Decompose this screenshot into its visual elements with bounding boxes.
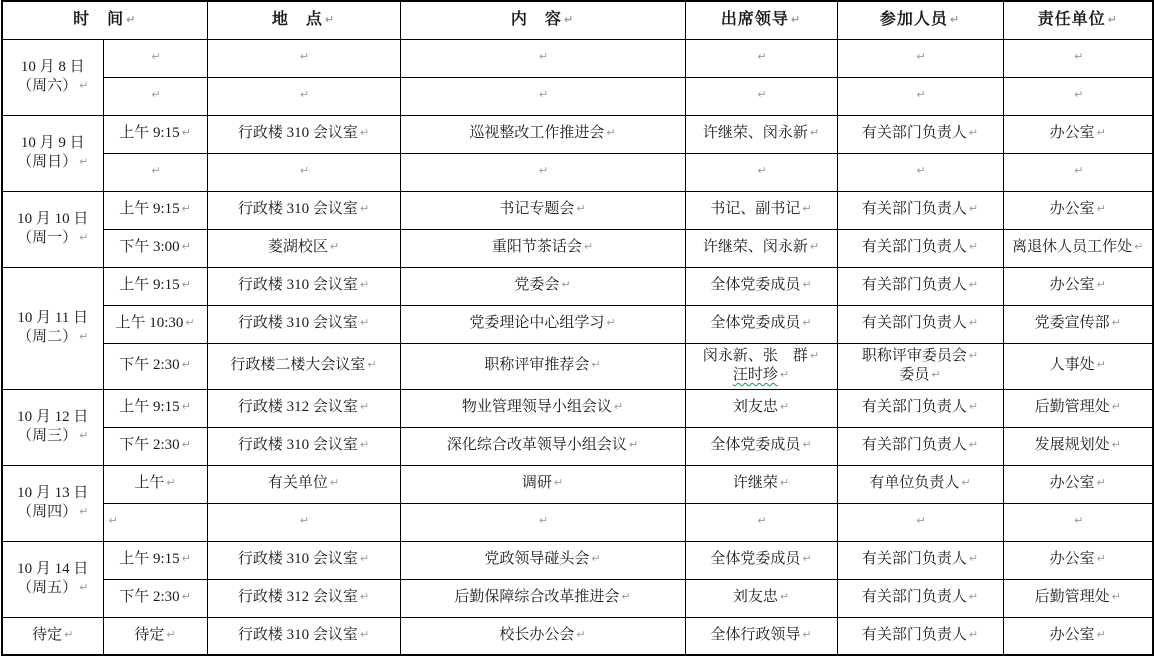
cell-text: 办公室 bbox=[1050, 627, 1095, 643]
cell-content[interactable]: 调研↵ bbox=[400, 465, 685, 503]
cell-unit[interactable]: 办公室↵ bbox=[1003, 541, 1153, 579]
cell-text: 待定 bbox=[134, 627, 164, 643]
cell-leaders[interactable]: ↵ bbox=[685, 503, 837, 541]
paragraph-mark: ↵ bbox=[182, 278, 191, 291]
cell-unit[interactable]: 办公室↵ bbox=[1003, 617, 1153, 655]
paragraph-mark: ↵ bbox=[182, 240, 191, 253]
paragraph-mark: ↵ bbox=[325, 13, 335, 26]
cell-unit[interactable]: 发展规划处↵ bbox=[1003, 427, 1153, 465]
paragraph-mark: ↵ bbox=[1097, 552, 1106, 565]
cell-place[interactable]: 行政楼 310 会议室↵ bbox=[207, 427, 400, 465]
cell-place[interactable]: ↵ bbox=[207, 39, 400, 77]
paragraph-mark: ↵ bbox=[126, 13, 136, 26]
paragraph-mark: ↵ bbox=[969, 316, 978, 329]
paragraph-mark: ↵ bbox=[757, 164, 766, 177]
cell-time[interactable]: 上午 10:30↵ bbox=[103, 305, 207, 343]
table-row: 上午 10:30↵行政楼 310 会议室↵党委理论中心组学习↵全体党委成员↵有关… bbox=[2, 305, 1153, 343]
cell-participants[interactable]: 有关部门负责人↵ bbox=[837, 579, 1003, 617]
paragraph-mark: ↵ bbox=[539, 164, 548, 177]
paragraph-mark: ↵ bbox=[561, 278, 570, 291]
cell-content[interactable]: 后勤保障综合改革推进会↵ bbox=[400, 579, 685, 617]
cell-place[interactable]: 行政楼 310 会议室↵ bbox=[207, 267, 400, 305]
cell-place[interactable]: 行政楼 310 会议室↵ bbox=[207, 617, 400, 655]
cell-time[interactable]: 上午 9:15↵ bbox=[103, 115, 207, 153]
paragraph-mark: ↵ bbox=[961, 476, 970, 489]
paragraph-mark: ↵ bbox=[1112, 316, 1121, 329]
paragraph-mark: ↵ bbox=[969, 202, 978, 215]
table-row: 待定↵待定↵行政楼 310 会议室↵校长办公会↵全体行政领导↵有关部门负责人↵办… bbox=[2, 617, 1153, 655]
paragraph-mark: ↵ bbox=[360, 628, 369, 641]
cell-leaders[interactable]: ↵ bbox=[685, 77, 837, 115]
cell-content[interactable]: 巡视整改工作推进会↵ bbox=[400, 115, 685, 153]
table-row: 10 月 12 日（周三）↵上午 9:15↵行政楼 312 会议室↵物业管理领导… bbox=[2, 389, 1153, 427]
paragraph-mark: ↵ bbox=[810, 349, 819, 362]
cell-text: 上午 9:15 bbox=[119, 201, 179, 217]
cell-content[interactable]: 物业管理领导小组会议↵ bbox=[400, 389, 685, 427]
cell-text: 办公室 bbox=[1050, 201, 1095, 217]
paragraph-mark: ↵ bbox=[591, 358, 600, 371]
table-row: ↵↵↵↵↵↵ bbox=[2, 77, 1153, 115]
paragraph-mark: ↵ bbox=[802, 438, 811, 451]
cell-leaders[interactable]: 许继荣、闵永新↵ bbox=[685, 229, 837, 267]
cell-leaders[interactable]: 书记、副书记↵ bbox=[685, 191, 837, 229]
table-row: 10 月 11 日（周二）↵上午 9:15↵行政楼 310 会议室↵党委会↵全体… bbox=[2, 267, 1153, 305]
cell-date[interactable]: 10 月 14 日（周五）↵ bbox=[2, 541, 103, 617]
cell-text: 有关部门负责人 bbox=[862, 201, 967, 217]
cell-text: 书记、副书记 bbox=[710, 201, 800, 217]
cell-unit[interactable]: 办公室↵ bbox=[1003, 267, 1153, 305]
paragraph-mark: ↵ bbox=[182, 202, 191, 215]
cell-place[interactable]: ↵ bbox=[207, 153, 400, 191]
cell-content[interactable]: 重阳节茶话会↵ bbox=[400, 229, 685, 267]
cell-participants[interactable]: 有关部门负责人↵ bbox=[837, 191, 1003, 229]
cell-place[interactable]: 行政楼 312 会议室↵ bbox=[207, 389, 400, 427]
paragraph-mark: ↵ bbox=[79, 155, 88, 168]
paragraph-mark: ↵ bbox=[802, 278, 811, 291]
paragraph-mark: ↵ bbox=[629, 438, 638, 451]
cell-participants[interactable]: ↵ bbox=[837, 39, 1003, 77]
cell-leaders[interactable]: 许继荣↵ bbox=[685, 465, 837, 503]
paragraph-mark: ↵ bbox=[791, 13, 801, 26]
cell-text: 行政楼 310 会议室 bbox=[238, 551, 358, 567]
cell-text: 下午 2:30 bbox=[119, 589, 179, 605]
cell-leaders[interactable]: 许继荣、闵永新↵ bbox=[685, 115, 837, 153]
date-text: 10 月 10 日 bbox=[17, 211, 88, 227]
paragraph-mark: ↵ bbox=[1074, 514, 1083, 527]
paragraph-mark: ↵ bbox=[360, 400, 369, 413]
paragraph-mark: ↵ bbox=[606, 126, 615, 139]
paragraph-mark: ↵ bbox=[969, 400, 978, 413]
cell-place[interactable]: 行政楼二楼大会议室↵ bbox=[207, 343, 400, 389]
cell-text: 办公室 bbox=[1050, 277, 1095, 293]
cell-text: 全体党委成员 bbox=[710, 551, 800, 567]
paragraph-mark: ↵ bbox=[1097, 476, 1106, 489]
cell-text: 党委宣传部 bbox=[1035, 315, 1110, 331]
paragraph-mark: ↵ bbox=[1074, 88, 1083, 101]
paragraph-mark: ↵ bbox=[79, 330, 88, 343]
cell-text: 有关部门负责人 bbox=[862, 551, 967, 567]
paragraph-mark: ↵ bbox=[916, 50, 925, 63]
cell-leaders[interactable]: ↵ bbox=[685, 39, 837, 77]
cell-text: 深化综合改革领导小组会议 bbox=[447, 437, 627, 453]
table-row: 10 月 9 日（周日）↵上午 9:15↵行政楼 310 会议室↵巡视整改工作推… bbox=[2, 115, 1153, 153]
paragraph-mark: ↵ bbox=[614, 400, 623, 413]
paragraph-mark: ↵ bbox=[802, 552, 811, 565]
paragraph-mark: ↵ bbox=[1108, 13, 1118, 26]
cell-text: 校长办公会 bbox=[499, 627, 574, 643]
cell-content[interactable]: 党委理论中心组学习↵ bbox=[400, 305, 685, 343]
cell-date[interactable]: 10 月 10 日（周一）↵ bbox=[2, 191, 103, 267]
paragraph-mark: ↵ bbox=[1112, 590, 1121, 603]
paragraph-mark: ↵ bbox=[1074, 50, 1083, 63]
cell-text: 有关单位 bbox=[268, 475, 328, 491]
cell-place[interactable]: ↵ bbox=[207, 503, 400, 541]
cell-text: 后勤保障综合改革推进会 bbox=[454, 589, 619, 605]
cell-leaders[interactable]: 闵永新、张 群↵汪时珍↵ bbox=[685, 343, 837, 389]
cell-text: 物业管理领导小组会议 bbox=[462, 399, 612, 415]
cell-text: 全体党委成员 bbox=[710, 315, 800, 331]
cell-content[interactable]: 职称评审推荐会↵ bbox=[400, 343, 685, 389]
cell-date[interactable]: 10 月 11 日（周二）↵ bbox=[2, 267, 103, 389]
cell-unit[interactable]: 离退休人员工作处↵ bbox=[1003, 229, 1153, 267]
cell-text: 后勤管理处 bbox=[1035, 589, 1110, 605]
header-cell[interactable]: 责任单位↵ bbox=[1003, 1, 1153, 39]
paragraph-mark: ↵ bbox=[330, 476, 339, 489]
cell-content[interactable]: 书记专题会↵ bbox=[400, 191, 685, 229]
table-row: 下午 2:30↵行政楼 310 会议室↵深化综合改革领导小组会议↵全体党委成员↵… bbox=[2, 427, 1153, 465]
cell-text: 行政楼 312 会议室 bbox=[238, 589, 358, 605]
cell-leaders[interactable]: 全体行政领导↵ bbox=[685, 617, 837, 655]
cell-date[interactable]: 10 月 12 日（周三）↵ bbox=[2, 389, 103, 465]
cell-participants[interactable]: 有关部门负责人↵ bbox=[837, 267, 1003, 305]
schedule-table: 时 间↵地 点↵内 容↵出席领导↵参加人员↵责任单位↵ 10 月 8 日（周六）… bbox=[1, 0, 1154, 656]
paragraph-mark: ↵ bbox=[64, 628, 73, 641]
cell-text: 上午 10:30 bbox=[115, 315, 183, 331]
cell-text: 职称评审委员会 bbox=[862, 348, 967, 364]
cell-text: 有关部门负责人 bbox=[862, 277, 967, 293]
paragraph-mark: ↵ bbox=[79, 79, 88, 92]
paragraph-mark: ↵ bbox=[300, 88, 309, 101]
paragraph-mark: ↵ bbox=[554, 476, 563, 489]
cell-text: 委员 bbox=[899, 367, 929, 383]
schedule-body: 10 月 8 日（周六）↵↵↵↵↵↵↵↵↵↵↵↵↵10 月 9 日（周日）↵上午… bbox=[2, 39, 1153, 655]
date-text: （周一） bbox=[17, 230, 77, 246]
cell-text: 重阳节茶话会 bbox=[492, 239, 582, 255]
cell-unit[interactable]: ↵ bbox=[1003, 503, 1153, 541]
paragraph-mark: ↵ bbox=[969, 240, 978, 253]
header-label: 时 间 bbox=[73, 11, 124, 28]
cell-text: 行政楼 310 会议室 bbox=[238, 201, 358, 217]
paragraph-mark: ↵ bbox=[757, 514, 766, 527]
cell-date[interactable]: 10 月 9 日（周日）↵ bbox=[2, 115, 103, 191]
cell-text: 离退休人员工作处 bbox=[1012, 239, 1132, 255]
cell-time[interactable]: 下午 2:30↵ bbox=[103, 427, 207, 465]
cell-text: 许继荣、闵永新 bbox=[703, 239, 808, 255]
cell-date[interactable]: 待定↵ bbox=[2, 617, 103, 655]
paragraph-mark: ↵ bbox=[330, 240, 339, 253]
paragraph-mark: ↵ bbox=[182, 358, 191, 371]
paragraph-mark: ↵ bbox=[931, 368, 940, 381]
paragraph-mark: ↵ bbox=[151, 164, 160, 177]
paragraph-mark: ↵ bbox=[166, 628, 175, 641]
paragraph-mark: ↵ bbox=[539, 50, 548, 63]
paragraph-mark: ↵ bbox=[1097, 202, 1106, 215]
cell-time[interactable]: 上午 9:15↵ bbox=[103, 267, 207, 305]
cell-text: 行政楼 310 会议室 bbox=[238, 437, 358, 453]
cell-text: 上午 9:15 bbox=[119, 125, 179, 141]
paragraph-mark: ↵ bbox=[539, 88, 548, 101]
paragraph-mark: ↵ bbox=[802, 316, 811, 329]
cell-text: 上午 9:15 bbox=[119, 551, 179, 567]
cell-text: 汪时珍 bbox=[733, 367, 778, 383]
paragraph-mark: ↵ bbox=[1097, 126, 1106, 139]
cell-unit[interactable]: ↵ bbox=[1003, 77, 1153, 115]
paragraph-mark: ↵ bbox=[1112, 400, 1121, 413]
cell-place[interactable]: 行政楼 310 会议室↵ bbox=[207, 191, 400, 229]
table-row: 10 月 14 日（周五）↵上午 9:15↵行政楼 310 会议室↵党政领导碰头… bbox=[2, 541, 1153, 579]
cell-leaders[interactable]: ↵ bbox=[685, 153, 837, 191]
cell-text: 刘友忠 bbox=[733, 399, 778, 415]
cell-unit[interactable]: 后勤管理处↵ bbox=[1003, 579, 1153, 617]
cell-time[interactable]: 下午 3:00↵ bbox=[103, 229, 207, 267]
paragraph-mark: ↵ bbox=[969, 438, 978, 451]
cell-unit[interactable]: 人事处↵ bbox=[1003, 343, 1153, 389]
cell-content[interactable]: ↵ bbox=[400, 503, 685, 541]
header-label: 参加人员 bbox=[880, 11, 948, 28]
cell-place[interactable]: 有关单位↵ bbox=[207, 465, 400, 503]
cell-text: 全体党委成员 bbox=[710, 277, 800, 293]
cell-place[interactable]: ↵ bbox=[207, 77, 400, 115]
cell-text: 有关部门负责人 bbox=[862, 125, 967, 141]
cell-unit[interactable]: 党委宣传部↵ bbox=[1003, 305, 1153, 343]
cell-unit[interactable]: 后勤管理处↵ bbox=[1003, 389, 1153, 427]
date-text: （周五） bbox=[17, 580, 77, 596]
cell-text: 有关部门负责人 bbox=[862, 627, 967, 643]
cell-text: 巡视整改工作推进会 bbox=[469, 125, 604, 141]
cell-leaders[interactable]: 全体党委成员↵ bbox=[685, 305, 837, 343]
header-label: 内 容 bbox=[511, 11, 562, 28]
paragraph-mark: ↵ bbox=[969, 278, 978, 291]
cell-participants[interactable]: 有关部门负责人↵ bbox=[837, 305, 1003, 343]
paragraph-mark: ↵ bbox=[360, 126, 369, 139]
header-cell[interactable]: 参加人员↵ bbox=[837, 1, 1003, 39]
date-text: 10 月 13 日 bbox=[17, 485, 88, 501]
cell-text: 党委理论中心组学习 bbox=[469, 315, 604, 331]
cell-text: 上午 9:15 bbox=[119, 399, 179, 415]
paragraph-mark: ↵ bbox=[151, 50, 160, 63]
cell-leaders[interactable]: 全体党委成员↵ bbox=[685, 541, 837, 579]
cell-text: 有关部门负责人 bbox=[862, 589, 967, 605]
cell-content[interactable]: 深化综合改革领导小组会议↵ bbox=[400, 427, 685, 465]
paragraph-mark: ↵ bbox=[950, 13, 960, 26]
table-row: 下午 2:30↵行政楼 312 会议室↵后勤保障综合改革推进会↵刘友忠↵有关部门… bbox=[2, 579, 1153, 617]
cell-participants[interactable]: 职称评审委员会↵委员↵ bbox=[837, 343, 1003, 389]
paragraph-mark: ↵ bbox=[780, 400, 789, 413]
paragraph-mark: ↵ bbox=[360, 278, 369, 291]
cell-content[interactable]: ↵ bbox=[400, 77, 685, 115]
date-text: （周四） bbox=[17, 504, 77, 520]
cell-time[interactable]: 上午 9:15↵ bbox=[103, 191, 207, 229]
cell-text: 闵永新、张 群 bbox=[703, 348, 808, 364]
cell-unit[interactable]: ↵ bbox=[1003, 153, 1153, 191]
cell-time[interactable]: ↵ bbox=[103, 153, 207, 191]
cell-date[interactable]: 10 月 8 日（周六）↵ bbox=[2, 39, 103, 115]
paragraph-mark: ↵ bbox=[182, 126, 191, 139]
header-label: 地 点 bbox=[272, 11, 323, 28]
paragraph-mark: ↵ bbox=[916, 88, 925, 101]
paragraph-mark: ↵ bbox=[79, 581, 88, 594]
date-text: 待定 bbox=[32, 627, 62, 643]
cell-text: 发展规划处 bbox=[1035, 437, 1110, 453]
cell-time[interactable]: 上午 9:15↵ bbox=[103, 541, 207, 579]
paragraph-mark: ↵ bbox=[780, 476, 789, 489]
paragraph-mark: ↵ bbox=[802, 628, 811, 641]
cell-text: 上午 9:15 bbox=[119, 277, 179, 293]
cell-time[interactable]: 下午 2:30↵ bbox=[103, 579, 207, 617]
cell-text: 书记专题会 bbox=[499, 201, 574, 217]
paragraph-mark: ↵ bbox=[360, 316, 369, 329]
cell-text: 下午 2:30 bbox=[119, 357, 179, 373]
paragraph-mark: ↵ bbox=[969, 628, 978, 641]
cell-time[interactable]: ↵ bbox=[103, 503, 207, 541]
paragraph-mark: ↵ bbox=[969, 349, 978, 362]
cell-participants[interactable]: 有关部门负责人↵ bbox=[837, 229, 1003, 267]
cell-unit[interactable]: 办公室↵ bbox=[1003, 465, 1153, 503]
cell-leaders[interactable]: 全体党委成员↵ bbox=[685, 267, 837, 305]
paragraph-mark: ↵ bbox=[360, 552, 369, 565]
cell-participants[interactable]: 有关部门负责人↵ bbox=[837, 427, 1003, 465]
paragraph-mark: ↵ bbox=[621, 590, 630, 603]
cell-participants[interactable]: 有关部门负责人↵ bbox=[837, 541, 1003, 579]
paragraph-mark: ↵ bbox=[109, 514, 118, 527]
cell-content[interactable]: 校长办公会↵ bbox=[400, 617, 685, 655]
date-text: 10 月 14 日 bbox=[17, 561, 88, 577]
header-cell[interactable]: 地 点↵ bbox=[207, 1, 400, 39]
cell-place[interactable]: 行政楼 310 会议室↵ bbox=[207, 115, 400, 153]
cell-content[interactable]: ↵ bbox=[400, 39, 685, 77]
cell-time[interactable]: ↵ bbox=[103, 39, 207, 77]
cell-time[interactable]: ↵ bbox=[103, 77, 207, 115]
paragraph-mark: ↵ bbox=[757, 88, 766, 101]
paragraph-mark: ↵ bbox=[780, 368, 789, 381]
cell-text: 有关部门负责人 bbox=[862, 239, 967, 255]
cell-time[interactable]: 下午 2:30↵ bbox=[103, 343, 207, 389]
table-row: 10 月 10 日（周一）↵上午 9:15↵行政楼 310 会议室↵书记专题会↵… bbox=[2, 191, 1153, 229]
paragraph-mark: ↵ bbox=[367, 358, 376, 371]
cell-leaders[interactable]: 全体党委成员↵ bbox=[685, 427, 837, 465]
paragraph-mark: ↵ bbox=[810, 126, 819, 139]
cell-content[interactable]: ↵ bbox=[400, 153, 685, 191]
cell-text: 下午 3:00 bbox=[119, 239, 179, 255]
cell-participants[interactable]: ↵ bbox=[837, 77, 1003, 115]
cell-place[interactable]: 菱湖校区↵ bbox=[207, 229, 400, 267]
paragraph-mark: ↵ bbox=[151, 88, 160, 101]
paragraph-mark: ↵ bbox=[182, 438, 191, 451]
date-text: （周二） bbox=[17, 329, 77, 345]
paragraph-mark: ↵ bbox=[780, 590, 789, 603]
cell-leaders[interactable]: 刘友忠↵ bbox=[685, 579, 837, 617]
cell-text: 党委会 bbox=[514, 277, 559, 293]
cell-text: 办公室 bbox=[1050, 551, 1095, 567]
paragraph-mark: ↵ bbox=[969, 552, 978, 565]
cell-place[interactable]: 行政楼 310 会议室↵ bbox=[207, 541, 400, 579]
paragraph-mark: ↵ bbox=[1097, 278, 1106, 291]
paragraph-mark: ↵ bbox=[802, 202, 811, 215]
cell-participants[interactable]: 有关部门负责人↵ bbox=[837, 617, 1003, 655]
table-row: 下午 3:00↵菱湖校区↵重阳节茶话会↵许继荣、闵永新↵有关部门负责人↵离退休人… bbox=[2, 229, 1153, 267]
cell-unit[interactable]: 办公室↵ bbox=[1003, 191, 1153, 229]
cell-time[interactable]: 上午↵ bbox=[103, 465, 207, 503]
cell-unit[interactable]: 办公室↵ bbox=[1003, 115, 1153, 153]
paragraph-mark: ↵ bbox=[360, 202, 369, 215]
date-text: （周三） bbox=[17, 428, 77, 444]
paragraph-mark: ↵ bbox=[79, 429, 88, 442]
cell-text: 职称评审推荐会 bbox=[484, 357, 589, 373]
paragraph-mark: ↵ bbox=[185, 316, 194, 329]
header-cell[interactable]: 出席领导↵ bbox=[685, 1, 837, 39]
cell-text: 有关部门负责人 bbox=[862, 399, 967, 415]
table-row: ↵↵↵↵↵↵ bbox=[2, 503, 1153, 541]
cell-unit[interactable]: ↵ bbox=[1003, 39, 1153, 77]
cell-text: 下午 2:30 bbox=[119, 437, 179, 453]
paragraph-mark: ↵ bbox=[1074, 164, 1083, 177]
cell-text: 行政楼 310 会议室 bbox=[238, 315, 358, 331]
table-row: 10 月 8 日（周六）↵↵↵↵↵↵↵ bbox=[2, 39, 1153, 77]
cell-place[interactable]: 行政楼 310 会议室↵ bbox=[207, 305, 400, 343]
cell-participants[interactable]: ↵ bbox=[837, 153, 1003, 191]
cell-participants[interactable]: 有单位负责人↵ bbox=[837, 465, 1003, 503]
paragraph-mark: ↵ bbox=[564, 13, 574, 26]
paragraph-mark: ↵ bbox=[576, 628, 585, 641]
paragraph-mark: ↵ bbox=[79, 505, 88, 518]
paragraph-mark: ↵ bbox=[182, 552, 191, 565]
header-row: 时 间↵地 点↵内 容↵出席领导↵参加人员↵责任单位↵ bbox=[2, 1, 1153, 39]
cell-text: 党政领导碰头会 bbox=[484, 551, 589, 567]
paragraph-mark: ↵ bbox=[360, 590, 369, 603]
cell-time[interactable]: 上午 9:15↵ bbox=[103, 389, 207, 427]
paragraph-mark: ↵ bbox=[1112, 438, 1121, 451]
cell-content[interactable]: 党委会↵ bbox=[400, 267, 685, 305]
header-cell[interactable]: 时 间↵ bbox=[2, 1, 207, 39]
date-text: 10 月 9 日 bbox=[21, 135, 85, 151]
cell-text: 许继荣、闵永新 bbox=[703, 125, 808, 141]
paragraph-mark: ↵ bbox=[1134, 240, 1143, 253]
cell-text: 有单位负责人 bbox=[869, 475, 959, 491]
paragraph-mark: ↵ bbox=[1097, 628, 1106, 641]
cell-text: 刘友忠 bbox=[733, 589, 778, 605]
cell-leaders[interactable]: 刘友忠↵ bbox=[685, 389, 837, 427]
paragraph-mark: ↵ bbox=[79, 231, 88, 244]
cell-time[interactable]: 待定↵ bbox=[103, 617, 207, 655]
table-row: ↵↵↵↵↵↵ bbox=[2, 153, 1153, 191]
paragraph-mark: ↵ bbox=[1097, 358, 1106, 371]
cell-participants[interactable]: ↵ bbox=[837, 503, 1003, 541]
cell-participants[interactable]: 有关部门负责人↵ bbox=[837, 389, 1003, 427]
date-text: （周日） bbox=[17, 154, 77, 170]
cell-date[interactable]: 10 月 13 日（周四）↵ bbox=[2, 465, 103, 541]
paragraph-mark: ↵ bbox=[916, 164, 925, 177]
date-text: 10 月 11 日 bbox=[17, 310, 88, 326]
cell-text: 行政楼 310 会议室 bbox=[238, 627, 358, 643]
table-row: 下午 2:30↵行政楼二楼大会议室↵职称评审推荐会↵闵永新、张 群↵汪时珍↵职称… bbox=[2, 343, 1153, 389]
cell-place[interactable]: 行政楼 312 会议室↵ bbox=[207, 579, 400, 617]
cell-content[interactable]: 党政领导碰头会↵ bbox=[400, 541, 685, 579]
cell-participants[interactable]: 有关部门负责人↵ bbox=[837, 115, 1003, 153]
header-cell[interactable]: 内 容↵ bbox=[400, 1, 685, 39]
cell-text: 办公室 bbox=[1050, 125, 1095, 141]
cell-text: 人事处 bbox=[1050, 357, 1095, 373]
date-text: （周六） bbox=[17, 78, 77, 94]
